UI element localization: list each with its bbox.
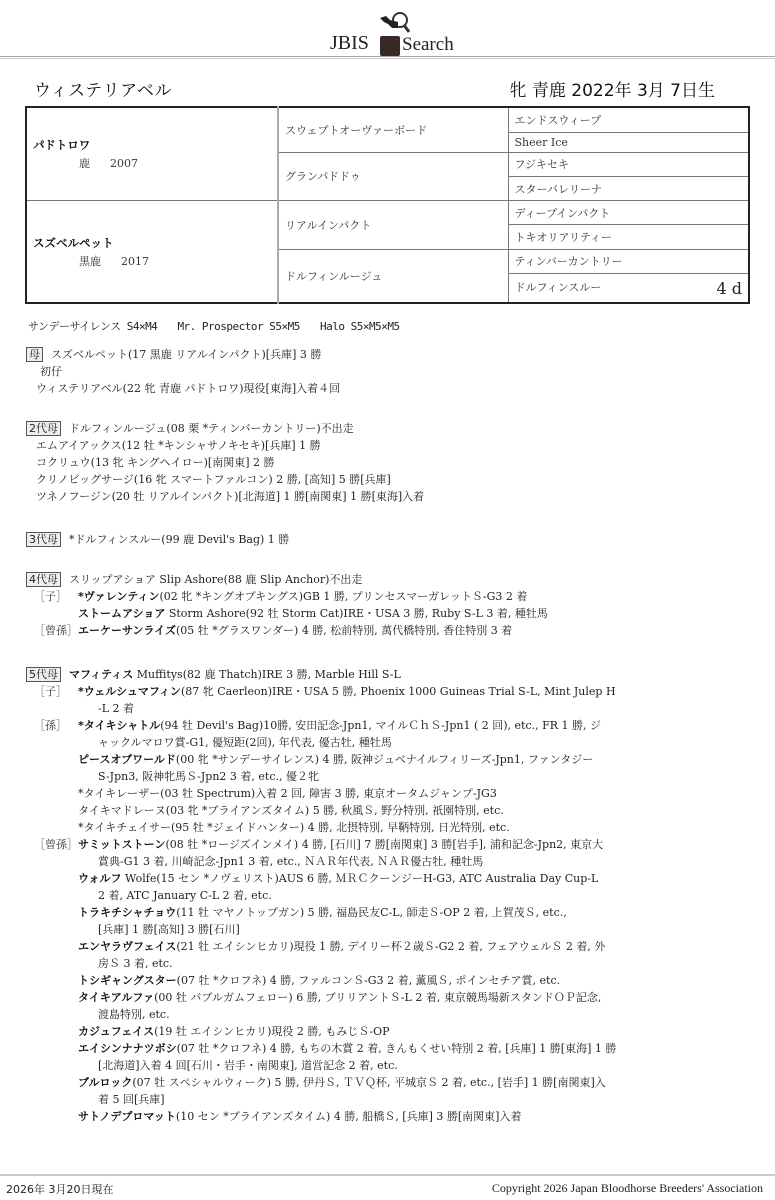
pedigree-gen3-7: ティンバーカントリー (508, 249, 749, 273)
pedigree-gen3-8-name: ドルフィンスルー (515, 281, 602, 294)
pedigree-gen2-2: グランパドドゥ (278, 152, 508, 201)
entry-text: (05 牡 *グラスワンダー) 4 勝, 松前特別, 萬代橋特別, 香住特別 3… (176, 624, 512, 637)
gen2-badge: 2代母 (26, 421, 61, 436)
entry-text: (07 牡 *クロフネ) 4 勝, ファルコンＳ-G3 2 着, 薫風Ｓ, ポイ… (177, 974, 560, 987)
gen2-line: エムアイアックス(12 牡 *キンシャサノキセキ)[兵庫] 1 勝 (26, 437, 424, 454)
inbreeding-line: サンデーサイレンス S4×M4 Mr. Prospector S5×M5 Hal… (28, 318, 414, 334)
gen5-entry-continuation: 房Ｓ 3 着, etc. (26, 955, 616, 972)
gen5-entry: タイキマドレーヌ(03 牝 *ブライアンズタイム) 5 勝, 秋風Ｓ, 野分特別… (26, 802, 616, 819)
gen3-badge: 3代母 (26, 532, 61, 547)
entry-text: Wolfe(15 セン *ノヴェリスト)AUS 6 勝, ＭＲＣクーンジーH-G… (122, 872, 599, 885)
gen4-section: 4代母スリップアショア Slip Ashore(88 鹿 Slip Anchor… (26, 571, 548, 639)
relation-label: ［子］ (26, 588, 78, 605)
gen5-entry-continuation: [北海道]入着 4 回[石川・岩手・南関東], 道営記念 2 着, etc. (26, 1057, 616, 1074)
gen2-section: 2代母ドルフィンルージュ(08 栗 *ティンバーカントリー)不出走 エムアイアッ… (26, 420, 424, 505)
header-divider (0, 56, 775, 59)
gen5-entry-continuation: S-Jpn3, 阪神牝馬Ｓ-Jpn2 3 着, etc., 優２牝 (26, 768, 616, 785)
entry-text: (00 牝 *サンデーサイレンス) 4 勝, 阪神ジュベナイルフィリーズ-Jpn… (176, 753, 593, 766)
dam-badge: 母 (26, 347, 43, 362)
dam-section: 母スズベルペット(17 黒鹿 リアルインパクト)[兵庫] 3 勝 初仔 ウィステ… (26, 346, 340, 397)
entry-text: (07 牡 スペシャルウィーク) 5 勝, 伊丹Ｓ, ＴＶＱ杯, 平城京Ｓ 2 … (132, 1076, 605, 1089)
entry-text: (00 牡 バブルガムフェロー) 6 勝, ブリリアントＳ-L 2 着, 東京競… (154, 991, 601, 1004)
gen5-badge: 5代母 (26, 667, 61, 682)
entry-text: Storm Ashore(92 牡 Storm Cat)IRE・USA 3 勝,… (165, 607, 548, 620)
horse-name-bold: トシギャングスター (78, 974, 177, 987)
horse-name-bold: ウォルフ (78, 872, 122, 885)
gen5-main-bold: マフィティス (69, 668, 133, 681)
gen4-badge: 4代母 (26, 572, 61, 587)
gen2-line: クリノビッグサージ(16 牝 スマートファルコン) 2 勝, [高知] 5 勝[… (26, 471, 424, 488)
inbreeding-item: サンデーサイレンス S4×M4 (28, 320, 157, 333)
gen5-entry: サトノデプロマット(10 セン *ブライアンズタイム) 4 勝, 船橋Ｓ, [兵… (26, 1108, 616, 1125)
horse-name-bold: タイキアルファ (78, 991, 154, 1004)
gen2-main: ドルフィンルージュ(08 栗 *ティンバーカントリー)不出走 (69, 422, 354, 435)
gen5-entry-continuation: ャックルマロワ賞-G1, 優短距(2回), 年代表, 優古牡, 種牡馬 (26, 734, 616, 751)
gen5-entry: *タイキチェイサー(95 牡 *ジェイドハンター) 4 勝, 北摂特別, 早鞆特… (26, 819, 616, 836)
gen5-entry-continuation: [兵庫] 1 勝[高知] 3 勝[石川] (26, 921, 616, 938)
pedigree-table: パドトロワ 鹿2007 スウェプトオーヴァーボード エンドスウィープ Sheer… (25, 106, 750, 304)
pedigree-gen2-4: ドルフィンルージュ (278, 249, 508, 303)
entry-text: (08 牡 *ロージズインメイ) 4 勝, [石川] 7 勝[南関東] 3 勝[… (165, 838, 603, 851)
horse-name-bold: *ヴァレンティン (78, 590, 160, 603)
footer-divider (0, 1174, 775, 1176)
gen5-entry-continuation: 着 5 回[兵庫] (26, 1091, 616, 1108)
gen5-entry: トシギャングスター(07 牡 *クロフネ) 4 勝, ファルコンＳ-G3 2 着… (26, 972, 616, 989)
dam-line: 初仔 (26, 363, 340, 380)
entry-text: (87 牝 Caerleon)IRE・USA 5 勝, Phoenix 1000… (181, 685, 616, 698)
gen5-entry-continuation: 賞典-G1 3 着, 川崎記念-Jpn1 3 着, etc., ＮＡＲ年代表, … (26, 853, 616, 870)
pedigree-gen3-2: Sheer Ice (508, 132, 749, 152)
gen5-entry: タイキアルファ(00 牡 バブルガムフェロー) 6 勝, ブリリアントＳ-L 2… (26, 989, 616, 1006)
sire-year: 2007 (110, 157, 138, 170)
horse-name-bold: サミットストーン (78, 838, 165, 851)
horse-name-bold: ブルロック (78, 1076, 132, 1089)
horse-name-bold: ストームアショア (78, 607, 165, 620)
gen5-entry: *タイキレーザー(03 牡 Spectrum)入着 2 回, 障害 3 勝, 東… (26, 785, 616, 802)
dam-color: 黒鹿 (79, 255, 101, 268)
gen5-entry: エイシンナナツボシ(07 牡 *クロフネ) 4 勝, もちの木賞 2 着, きん… (26, 1040, 616, 1057)
pedigree-gen3-8: ドルフィンスルー4 d (508, 274, 749, 303)
horse-name-bold: カジュフェイス (78, 1025, 154, 1038)
gen3-main: *ドルフィンスルー(99 鹿 Devil's Bag) 1 勝 (69, 533, 289, 546)
pedigree-dam: スズベルペット 黒鹿2017 (26, 201, 278, 303)
horse-title-row: ウィステリアベル 牝 青鹿 2022年 3月 7日生 (30, 76, 715, 102)
gen5-main: Muffitys(82 鹿 Thatch)IRE 3 勝, Marble Hil… (133, 668, 401, 681)
gen2-line: コクリュウ(13 牝 キングヘイロー)[南関東] 2 勝 (26, 454, 424, 471)
horse-name-bold: *タイキシャトル (78, 719, 160, 732)
gen5-entry: カジュフェイス(19 牡 エイシンヒカリ)現役 2 勝, もみじＳ-OP (26, 1023, 616, 1040)
horse-name-bold: トラキチシャチョウ (78, 906, 176, 919)
horse-name: ウィステリアベル (34, 76, 172, 101)
gen5-entry: ブルロック(07 牡 スペシャルウィーク) 5 勝, 伊丹Ｓ, ＴＶＱ杯, 平城… (26, 1074, 616, 1091)
gen5-entry: ［子］*ウェルシュマフィン(87 牝 Caerleon)IRE・USA 5 勝,… (26, 683, 616, 700)
gen5-entry-continuation: 渡島特別, etc. (26, 1006, 616, 1023)
relation-label: ［曾孫］ (26, 836, 78, 853)
horse-name-bold: エンヤラヴフェイス (78, 940, 176, 953)
horse-name-bold: ピースオブワールド (78, 753, 176, 766)
relation-label: ［孫］ (26, 717, 78, 734)
family-number: 4 d (716, 279, 742, 298)
entry-text: (21 牡 エイシンヒカリ)現役 1 勝, デイリー杯２歳Ｓ-G2 2 着, フ… (176, 940, 605, 953)
pedigree-gen3-3: フジキセキ (508, 152, 749, 176)
gen5-entries: ［子］*ウェルシュマフィン(87 牝 Caerleon)IRE・USA 5 勝,… (26, 683, 616, 1125)
dam-year: 2017 (121, 255, 149, 268)
relation-label: ［曾孫］ (26, 622, 78, 639)
entry-text: (19 牡 エイシンヒカリ)現役 2 勝, もみじＳ-OP (154, 1025, 389, 1038)
entry-text: *タイキチェイサー(95 牡 *ジェイドハンター) 4 勝, 北摂特別, 早鞆特… (78, 821, 510, 834)
gen5-entry: ピースオブワールド(00 牝 *サンデーサイレンス) 4 勝, 阪神ジュベナイル… (26, 751, 616, 768)
logo-jbis-text: JBIS (330, 32, 369, 55)
dam-line: ウィステリアベル(22 牝 青鹿 パドトロワ)現役[東海]入着４回 (26, 380, 340, 397)
pedigree-gen2-1: スウェプトオーヴァーボード (278, 107, 508, 152)
horse-info: 牝 青鹿 2022年 3月 7日生 (509, 76, 715, 101)
entry-text: タイキマドレーヌ(03 牝 *ブライアンズタイム) 5 勝, 秋風Ｓ, 野分特別… (78, 804, 504, 817)
logo-can-icon (380, 36, 400, 56)
gen5-section: 5代母マフィティス Muffitys(82 鹿 Thatch)IRE 3 勝, … (26, 666, 616, 1125)
gen4-main: スリップアショア Slip Ashore(88 鹿 Slip Anchor)不出… (69, 573, 362, 586)
dam-name: スズベルペット (33, 235, 271, 251)
horse-name-bold: エーケーサンライズ (78, 624, 176, 637)
gen3-section: 3代母*ドルフィンスルー(99 鹿 Devil's Bag) 1 勝 (26, 531, 289, 548)
entry-text: (02 牝 *キングオブキングス)GB 1 勝, プリンセスマーガレットＳ-G3… (160, 590, 528, 603)
horse-name-bold: *ウェルシュマフィン (78, 685, 181, 698)
pedigree-gen2-3: リアルインパクト (278, 201, 508, 250)
logo-search-text: Search (402, 34, 454, 56)
gen5-entry-continuation: 2 着, ATC January C-L 2 着, etc. (26, 887, 616, 904)
relation-label: ［子］ (26, 683, 78, 700)
pedigree-gen3-1: エンドスウィープ (508, 107, 749, 132)
dam-main: スズベルペット(17 黒鹿 リアルインパクト)[兵庫] 3 勝 (51, 348, 321, 361)
pedigree-sire: パドトロワ 鹿2007 (26, 107, 278, 201)
footer-copyright: Copyright 2026 Japan Bloodhorse Breeders… (492, 1181, 763, 1196)
entry-text: *タイキレーザー(03 牡 Spectrum)入着 2 回, 障害 3 勝, 東… (78, 787, 497, 800)
horse-name-bold: エイシンナナツボシ (78, 1042, 177, 1055)
horse-name-bold: サトノデプロマット (78, 1110, 176, 1123)
sire-color: 鹿 (79, 157, 90, 170)
entry-text: (07 牡 *クロフネ) 4 勝, もちの木賞 2 着, きんもくせい特別 2 … (177, 1042, 617, 1055)
entry-text: (10 セン *ブライアンズタイム) 4 勝, 船橋Ｓ, [兵庫] 3 勝[南関… (176, 1110, 522, 1123)
gen5-entry: ［曾孫］サミットストーン(08 牡 *ロージズインメイ) 4 勝, [石川] 7… (26, 836, 616, 853)
pedigree-gen3-4: スターバレリーナ (508, 176, 749, 200)
gen5-entry-continuation: -L 2 着 (26, 700, 616, 717)
gen5-entry: エンヤラヴフェイス(21 牡 エイシンヒカリ)現役 1 勝, デイリー杯２歳Ｓ-… (26, 938, 616, 955)
sire-name: パドトロワ (33, 137, 271, 153)
pedigree-gen3-6: トキオリアリティー (508, 225, 749, 249)
inbreeding-item: Halo S5×M5×M5 (320, 320, 400, 333)
footer-date: 2026年 3月20日現在 (6, 1181, 114, 1197)
gen5-entry: トラキチシャチョウ(11 牡 マヤノトップガン) 5 勝, 福島民友C-L, 師… (26, 904, 616, 921)
gen5-entry: ウォルフ Wolfe(15 セン *ノヴェリスト)AUS 6 勝, ＭＲＣクーン… (26, 870, 616, 887)
inbreeding-item: Mr. Prospector S5×M5 (177, 320, 299, 333)
pedigree-gen3-5: ディープインパクト (508, 201, 749, 225)
entry-text: (11 牡 マヤノトップガン) 5 勝, 福島民友C-L, 師走Ｓ-OP 2 着… (176, 906, 567, 919)
gen5-entry: ［孫］*タイキシャトル(94 牡 Devil's Bag)10勝, 安田記念-J… (26, 717, 616, 734)
jbis-search-logo[interactable]: JBIS Search (330, 8, 460, 52)
gen2-line: ツネノフージン(20 牡 リアルインパクト)[北海道] 1 勝[南関東] 1 勝… (26, 488, 424, 505)
entry-text: (94 牡 Devil's Bag)10勝, 安田記念-Jpn1, マイルＣｈＳ… (160, 719, 601, 732)
